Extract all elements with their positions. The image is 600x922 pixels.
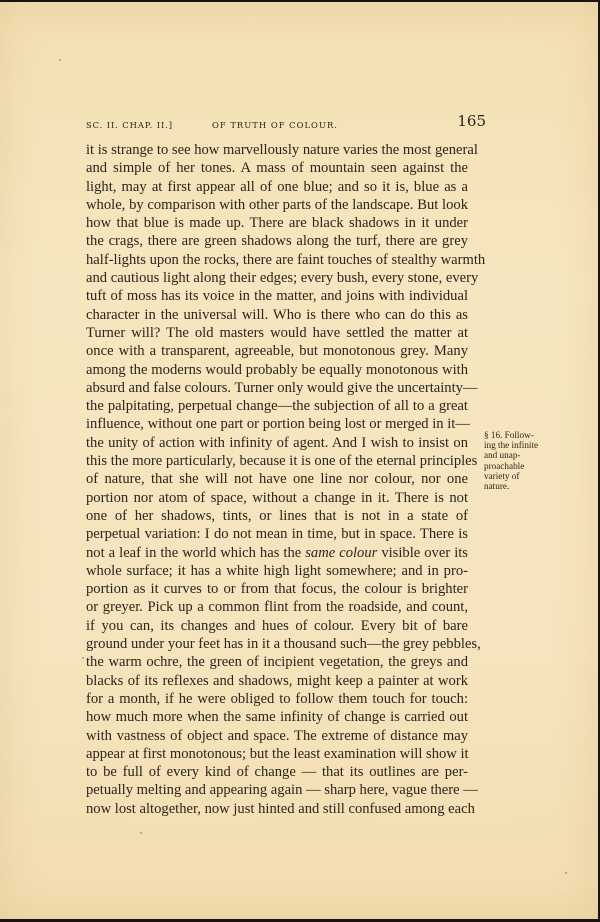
paper-speck <box>140 832 142 834</box>
running-head-title: OF TRUTH OF COLOUR. <box>212 120 338 130</box>
body-text: it is strange to see how marvellously na… <box>86 141 468 818</box>
sidenote-line: variety of <box>484 471 562 481</box>
text-line: perpetual variation: I do not mean in ti… <box>86 525 468 543</box>
text-line: and cautious light along their edges; ev… <box>86 269 468 287</box>
sidenote-line: nature. <box>484 481 562 491</box>
text-line: portion as it curves to or from that foc… <box>86 580 468 598</box>
text-line: absurd and false colours. Turner only wo… <box>86 379 468 397</box>
text-line: the palpitating, perpetual change—the su… <box>86 397 468 415</box>
text-line: for a month, if he were obliged to follo… <box>86 690 468 708</box>
text-line: portion nor atom of space, without a cha… <box>86 489 468 507</box>
text-line: ground under your feet has in it a thous… <box>86 635 468 653</box>
text-line: blacks of its reflexes and shadows, migh… <box>86 672 468 690</box>
book-page: SC. II. CHAP. II.] OF TRUTH OF COLOUR. 1… <box>0 2 598 919</box>
text-line-with-italic: not a leaf in the world which has the sa… <box>86 544 468 562</box>
text-line: how that blue is made up. There are blac… <box>86 214 468 232</box>
text-line: whole, by comparison with other parts of… <box>86 196 468 214</box>
text-line: if you can, its changes and hues of colo… <box>86 617 468 635</box>
sidenote-line: ing the infinite <box>484 440 562 450</box>
text-line: appear at first monotonous; but the leas… <box>86 745 468 763</box>
text-line: now lost altogether, now just hinted and… <box>86 800 468 818</box>
text-line: the unity of action with infinity of age… <box>86 434 468 452</box>
text-line: the crags, there are green shadows along… <box>86 232 468 250</box>
text-line: petually melting and appearing again — s… <box>86 781 468 799</box>
text-line: it is strange to see how marvellously na… <box>86 141 468 159</box>
text-line: and simple of her tones. A mass of mount… <box>86 159 468 177</box>
text-line: of nature, that she will not have one li… <box>86 470 468 488</box>
text-line: half-lights upon the rocks, there are fa… <box>86 251 468 269</box>
text-line: tuft of moss has its voice in the matter… <box>86 287 468 305</box>
marginal-note: § 16. Follow- ing the infinite and unap-… <box>484 430 562 491</box>
sidenote-line: and unap- <box>484 450 562 460</box>
text-line: among the moderns would probably be equa… <box>86 361 468 379</box>
text-line: once with a transparent, agreeable, but … <box>86 342 468 360</box>
text-line: Turner will? The old masters would have … <box>86 324 468 342</box>
sidenote-line: proachable <box>484 461 562 471</box>
paper-speck <box>82 657 84 659</box>
text-line: whole surface; it has a white high light… <box>86 562 468 580</box>
page-number: 165 <box>457 112 486 130</box>
running-head-section: SC. II. CHAP. II.] <box>86 120 173 130</box>
text-line: or greyer. Pick up a common flint from t… <box>86 598 468 616</box>
text-line: this the more particularly, because it i… <box>86 452 468 470</box>
text-line: to be full of every kind of change — tha… <box>86 763 468 781</box>
text-line: influence, without one part or portion b… <box>86 415 468 433</box>
text-line: light, may at first appear all of one bl… <box>86 178 468 196</box>
text-line: with vastness of object and space. The e… <box>86 727 468 745</box>
paper-speck <box>59 59 61 61</box>
text-line: one of her shadows, tints, or lines that… <box>86 507 468 525</box>
text-line: the warm ochre, the green of incipient v… <box>86 653 468 671</box>
running-head: SC. II. CHAP. II.] OF TRUTH OF COLOUR. 1… <box>86 112 482 132</box>
text-line: how much more when the same infinity of … <box>86 708 468 726</box>
text-line: character in the universal will. Who is … <box>86 306 468 324</box>
sidenote-line: § 16. Follow- <box>484 430 562 440</box>
italic-phrase: same colour <box>305 545 377 561</box>
paper-speck <box>565 872 567 874</box>
